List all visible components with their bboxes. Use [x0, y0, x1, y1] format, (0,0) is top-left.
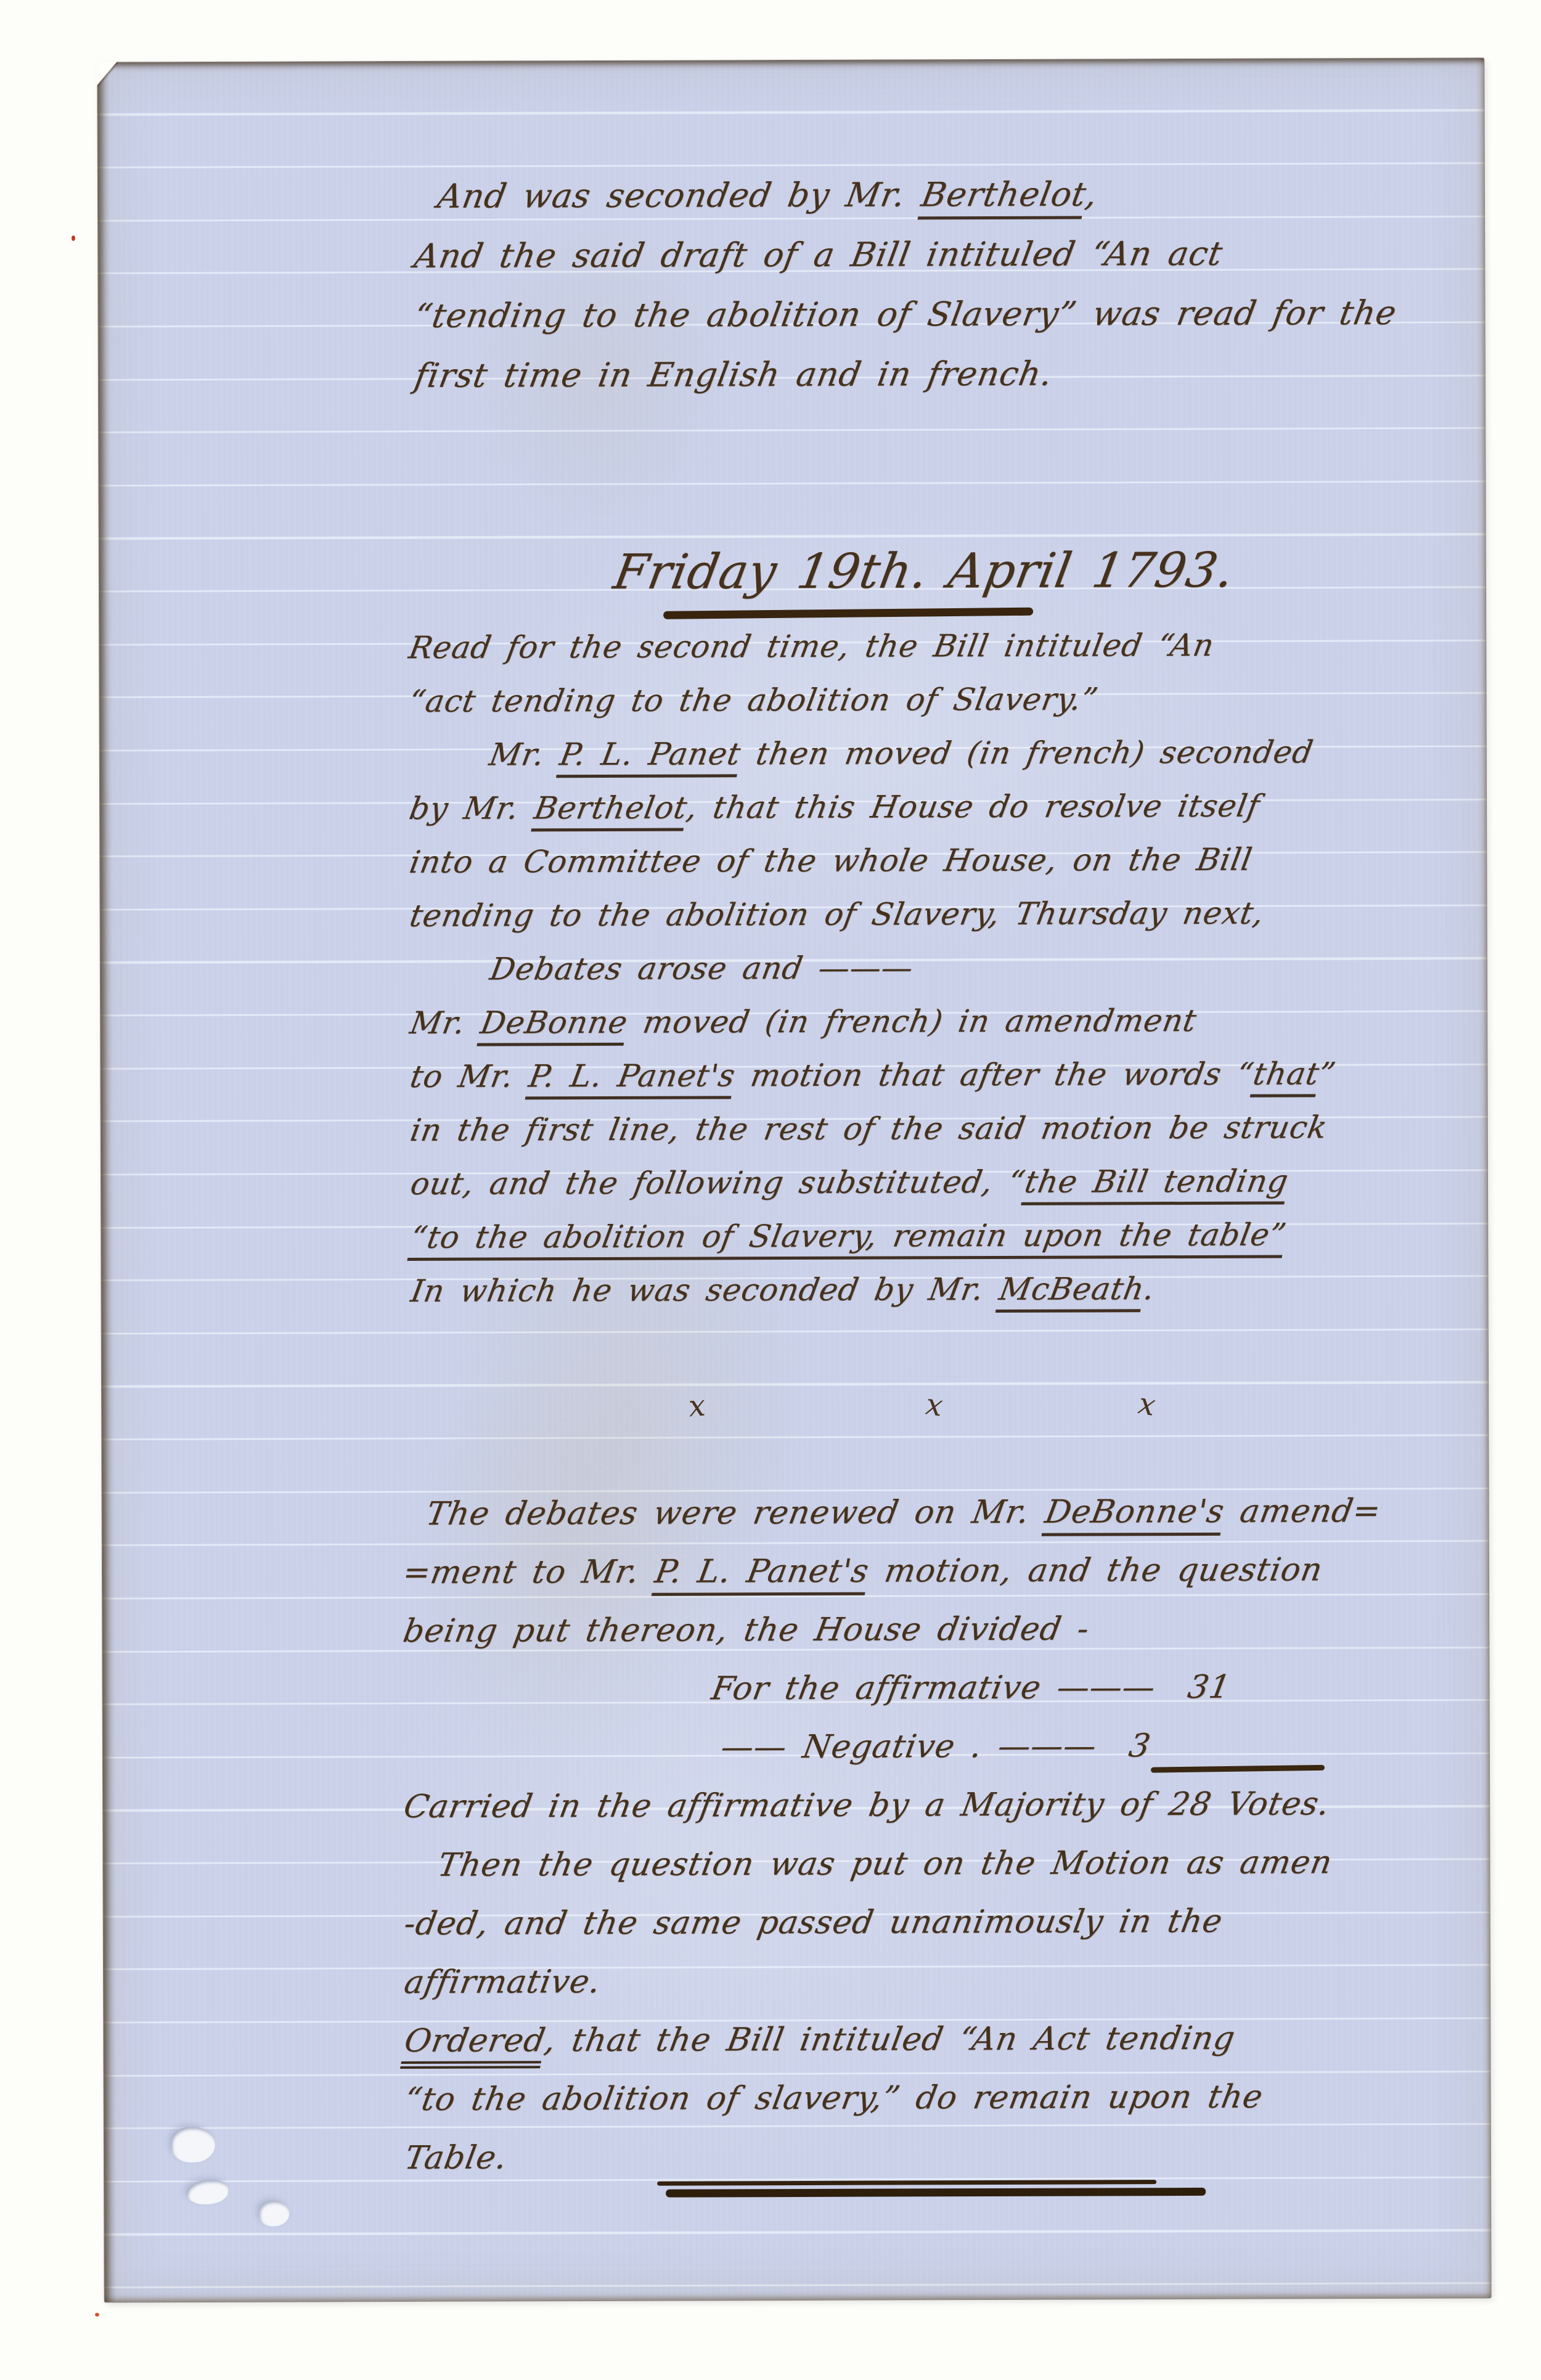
manuscript-line: The debates were renewed on Mr. DeBonne'…	[398, 1481, 1541, 1544]
text-segment: And was seconded by Mr.	[435, 175, 925, 216]
manuscript-line: tending to the abolition of Slavery, Thu…	[406, 886, 1541, 943]
section-break-x-mark: x	[1136, 1386, 1158, 1423]
text-segment: “act tending to the abolition of Slavery…	[406, 681, 1101, 719]
text-segment: then moved (in french) seconded	[737, 734, 1316, 772]
manuscript-line: Ordered, that the Bill intituled “An Act…	[400, 2008, 1541, 2071]
opening-paragraph: And was seconded by Mr. Berthelot,And th…	[409, 163, 1519, 405]
manuscript-line: into a Committee of the whole House, on …	[406, 832, 1541, 889]
underlined-text: P. L. Panet	[556, 736, 743, 778]
manuscript-paper: And was seconded by Mr. Berthelot,And th…	[97, 57, 1491, 2302]
date-heading-underline	[663, 608, 1033, 619]
underlined-text: “to the abolition of Slavery, remain upo…	[407, 1216, 1289, 1260]
text-segment: out, and the following substituted, “	[408, 1164, 1028, 1202]
text-segment: -ded, and the same passed unanimously in…	[401, 1903, 1225, 1942]
text-segment: And the said draft of a Bill intituled “…	[411, 234, 1225, 275]
text-segment: affirmative.	[401, 1963, 603, 2001]
manuscript-line: “to the abolition of Slavery, remain upo…	[406, 1207, 1541, 1265]
manuscript-line: Mr. P. L. Panet then moved (in french) s…	[405, 725, 1541, 782]
text-segment: into a Committee of the whole House, on …	[407, 842, 1255, 880]
manuscript-line: by Mr. Berthelot, that this House do res…	[405, 778, 1541, 836]
underlined-text: that	[1249, 1056, 1322, 1097]
section-break-x-mark: x	[687, 1388, 706, 1424]
text-segment: amend=	[1221, 1493, 1384, 1530]
text-segment: “to the abolition of slavery,” do remain…	[402, 2079, 1266, 2118]
closing-rule	[657, 2180, 1212, 2200]
manuscript-line: Carried in the affirmative by a Majority…	[399, 1774, 1541, 1836]
manuscript-line: Mr. DeBonne moved (in french) in amendme…	[406, 993, 1541, 1050]
manuscript-line: —— Negative . ——— 3	[399, 1716, 1541, 1778]
scanner-background: { "page": { "kind": "scanned handwritten…	[0, 0, 1541, 2380]
manuscript-line: affirmative.	[399, 1950, 1541, 2012]
manuscript-line: “tending to the abolition of Slavery” wa…	[410, 282, 1530, 346]
underlined-text: McBeath	[995, 1271, 1147, 1313]
text-segment: “tending to the abolition of Slavery” wa…	[412, 293, 1400, 335]
division-and-order-paragraph: The debates were renewed on Mr. DeBonne'…	[398, 1481, 1541, 2188]
red-ink-speck	[72, 235, 75, 241]
manuscript-line: out, and the following substituted, “the…	[406, 1154, 1541, 1211]
section-break-x-mark: x	[923, 1387, 944, 1424]
underlined-text: P. L. Panet's	[525, 1058, 738, 1099]
manuscript-line: Debates arose and ———	[406, 939, 1541, 996]
text-segment: Debates arose and ———	[488, 950, 917, 987]
text-segment: in the first line, the rest of the said …	[407, 1109, 1330, 1148]
closing-rule-lower	[666, 2188, 1206, 2198]
underlined-text: Berthelot	[531, 790, 690, 832]
underlined-text: Ordered	[400, 2022, 548, 2069]
text-segment: tending to the abolition of Slavery, Thu…	[407, 895, 1267, 934]
text-segment: Read for the second time, the Bill intit…	[406, 627, 1217, 666]
underlined-text: DeBonne	[477, 1005, 631, 1046]
manuscript-line: Friday 19th. April 1793.	[609, 540, 1239, 603]
text-segment: , that this House do resolve itself	[684, 788, 1263, 826]
text-segment: to Mr.	[407, 1058, 533, 1094]
closing-rule-upper	[657, 2180, 1156, 2186]
red-ink-speck	[95, 2313, 99, 2317]
manuscript-line: being put thereon, the House divided -	[398, 1599, 1541, 1661]
underlined-text: Berthelot	[918, 174, 1090, 219]
paper-damage-spot	[171, 2127, 215, 2162]
text-segment: Carried in the affirmative by a Majority…	[401, 1785, 1332, 1825]
text-segment: motion that after the words “	[732, 1056, 1256, 1094]
underlined-text: DeBonne's	[1041, 1493, 1227, 1536]
text-segment: moved (in french) in amendment	[624, 1003, 1200, 1040]
text-segment: Table.	[402, 2139, 510, 2177]
text-segment: , that the Bill intituled “An Act tendin…	[542, 2020, 1238, 2060]
manuscript-line: Read for the second time, the Bill intit…	[404, 617, 1541, 675]
text-segment: In which he was seconded by Mr.	[408, 1271, 1002, 1309]
manuscript-line: =ment to Mr. P. L. Panet's motion, and t…	[398, 1540, 1541, 1602]
manuscript-line: in the first line, the rest of the said …	[406, 1100, 1541, 1157]
manuscript-line: And the said draft of a Bill intituled “…	[409, 222, 1529, 286]
text-segment: —— Negative . ——— 3	[718, 1727, 1153, 1766]
manuscript-line: And was seconded by Mr. Berthelot,	[409, 163, 1529, 226]
underlined-text: the Bill tending	[1021, 1163, 1291, 1205]
session-minutes-paragraph: Read for the second time, the Bill intit…	[404, 617, 1541, 1318]
text-segment: Friday 19th. April 1793.	[610, 543, 1238, 600]
text-segment: For the affirmative ——— 31	[709, 1669, 1233, 1708]
manuscript-line: For the affirmative ——— 31	[399, 1657, 1541, 1719]
manuscript-line: Then the question was put on the Motion …	[399, 1833, 1541, 1895]
underlined-text: P. L. Panet's	[651, 1553, 872, 1596]
manuscript-line: In which he was seconded by Mr. McBeath.	[407, 1261, 1541, 1318]
text-segment: first time in English and in french.	[412, 354, 1056, 395]
manuscript-line: Table.	[400, 2125, 1541, 2188]
text-segment: =ment to Mr.	[400, 1554, 658, 1591]
text-segment: Mr.	[407, 1005, 484, 1041]
handwriting-layer: And was seconded by Mr. Berthelot,And th…	[97, 58, 1490, 2302]
text-segment: Mr.	[487, 736, 563, 772]
paper-damage-spot	[258, 2201, 289, 2227]
section-break-marks: xxx	[97, 58, 1484, 62]
text-segment: motion, and the question	[865, 1551, 1325, 1589]
text-segment: being put thereon, the House divided -	[401, 1610, 1092, 1650]
manuscript-line: -ded, and the same passed unanimously in…	[399, 1891, 1541, 1954]
manuscript-line: to Mr. P. L. Panet's motion that after t…	[406, 1046, 1541, 1104]
date-heading: Friday 19th. April 1793.	[609, 540, 1228, 603]
manuscript-line: “to the abolition of slavery,” do remain…	[400, 2067, 1541, 2129]
text-segment: The debates were renewed on Mr.	[423, 1494, 1048, 1533]
manuscript-line: first time in English and in french.	[410, 342, 1530, 405]
manuscript-line: “act tending to the abolition of Slavery…	[405, 671, 1541, 728]
text-segment: Then the question was put on the Motion …	[435, 1844, 1335, 1884]
text-segment: by Mr.	[407, 790, 538, 826]
